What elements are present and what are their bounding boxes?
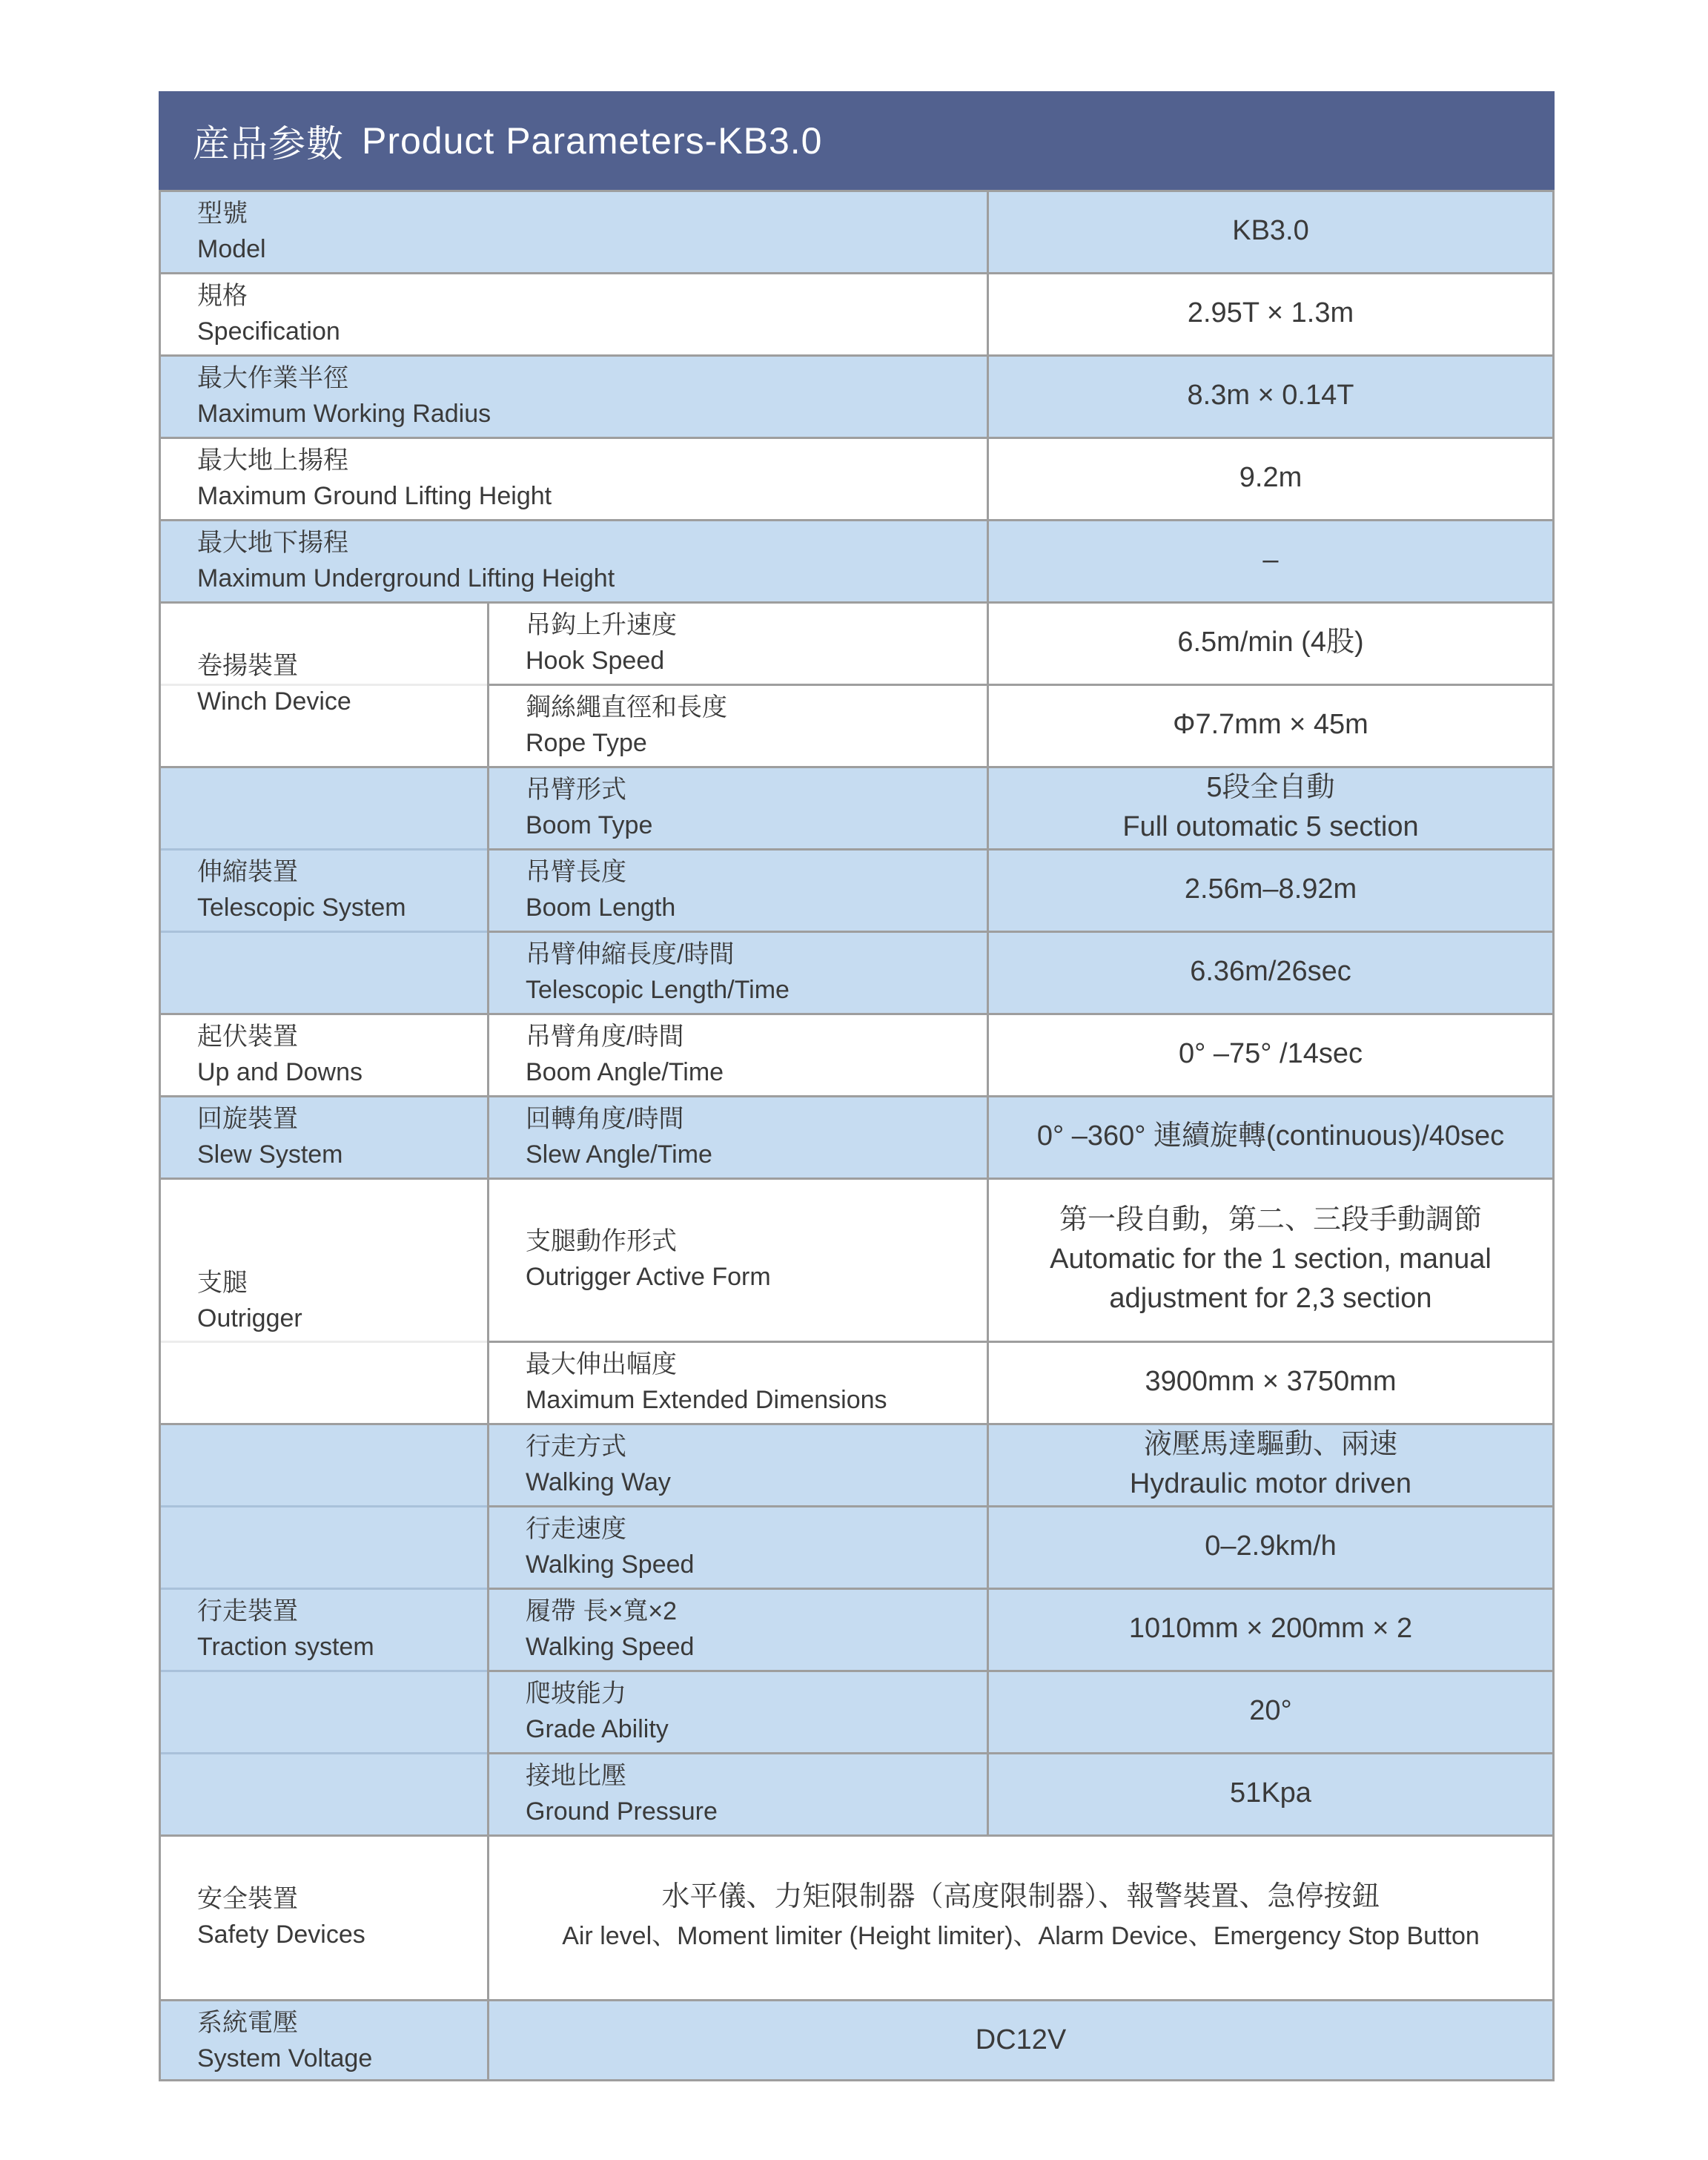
group-winch-device-label-zh: 卷揚裝置 <box>197 648 298 684</box>
row-ground-pressure-value-text: 51Kpa <box>1230 1774 1311 1813</box>
row-divider-faint <box>159 1505 487 1507</box>
row-safety-devices-value-zh: 水平儀、力矩限制器（高度限制器）、報警裝置、急停按鈕 <box>661 1877 1380 1917</box>
group-winch-device-label-en: Winch Device <box>197 684 351 719</box>
row-model-value-text: KB3.0 <box>1232 211 1309 251</box>
row-max-extended-dimensions-value-text: 3900mm × 3750mm <box>1145 1362 1397 1401</box>
group-slew-system-label: 回旋裝置 Slew System <box>159 1095 487 1178</box>
row-walking-way-value-en: Hydraulic motor driven <box>1130 1464 1411 1504</box>
row-boom-length-value: 2.56m–8.92m <box>987 848 1555 931</box>
row-grade-ability-label: 爬坡能力 Grade Ability <box>487 1670 987 1752</box>
row-walking-way-value: 液壓馬達驅動、兩速 Hydraulic motor driven <box>987 1423 1555 1505</box>
group-slew-system-label-en: Slew System <box>197 1137 343 1172</box>
row-specification-label-zh: 規格 <box>197 278 248 314</box>
row-slew-angle-time-value-text: 0° –360° 連續旋轉(continuous)/40sec <box>1037 1117 1504 1156</box>
product-parameters-table: 型號 Model KB3.0 規格 Specification 2.95T × … <box>159 190 1555 2081</box>
row-boom-angle-time-value: 0° –75° /14sec <box>987 1013 1555 1095</box>
row-divider-faint <box>159 931 487 933</box>
row-boom-type-value-zh: 5段全自動 <box>1206 768 1334 807</box>
row-hook-speed-label: 吊鈎上升速度 Hook Speed <box>487 601 987 684</box>
group-up-and-downs-label-en: Up and Downs <box>197 1054 363 1090</box>
row-model-label-en: Model <box>197 231 266 267</box>
row-outrigger-active-form-label-zh: 支腿動作形式 <box>526 1223 677 1259</box>
row-boom-length-value-text: 2.56m–8.92m <box>1185 870 1357 909</box>
row-slew-angle-time-value: 0° –360° 連續旋轉(continuous)/40sec <box>987 1095 1555 1178</box>
row-boom-angle-time-value-text: 0° –75° /14sec <box>1179 1034 1363 1074</box>
row-max-ground-lifting-height-label: 最大地上揚程 Maximum Ground Lifting Height <box>159 437 987 519</box>
row-max-working-radius-label: 最大作業半徑 Maximum Working Radius <box>159 354 987 437</box>
row-max-working-radius-value: 8.3m × 0.14T <box>987 354 1555 437</box>
row-safety-devices-label-zh: 安全裝置 <box>197 1881 298 1917</box>
row-model-label-zh: 型號 <box>197 196 248 231</box>
row-telescopic-length-time-label-zh: 吊臂伸縮長度/時間 <box>526 937 734 972</box>
row-telescopic-length-time-label: 吊臂伸縮長度/時間 Telescopic Length/Time <box>487 931 987 1013</box>
row-ground-pressure-value: 51Kpa <box>987 1752 1555 1834</box>
row-safety-devices-label-en: Safety Devices <box>197 1917 365 1952</box>
row-ground-pressure-label-zh: 接地比壓 <box>526 1758 626 1794</box>
row-slew-angle-time-label-zh: 回轉角度/時間 <box>526 1101 683 1137</box>
row-track-dimensions-label-en: Walking Speed <box>526 1629 694 1665</box>
row-max-working-radius-value-text: 8.3m × 0.14T <box>1188 376 1354 415</box>
row-telescopic-length-time-label-en: Telescopic Length/Time <box>526 972 790 1008</box>
row-max-extended-dimensions-value: 3900mm × 3750mm <box>987 1341 1555 1423</box>
row-rope-type-label-en: Rope Type <box>526 725 647 761</box>
row-walking-way-label-zh: 行走方式 <box>526 1429 626 1464</box>
row-specification-value-text: 2.95T × 1.3m <box>1188 294 1354 333</box>
row-system-voltage-label-zh: 系統電壓 <box>197 2005 298 2041</box>
row-slew-angle-time-label: 回轉角度/時間 Slew Angle/Time <box>487 1095 987 1178</box>
row-walking-speed-label-en: Walking Speed <box>526 1547 694 1582</box>
row-boom-length-label: 吊臂長度 Boom Length <box>487 848 987 931</box>
row-max-underground-lifting-height-label: 最大地下揚程 Maximum Underground Lifting Heigh… <box>159 519 987 601</box>
row-hook-speed-label-en: Hook Speed <box>526 643 664 678</box>
row-max-underground-lifting-height-value: – <box>987 519 1555 601</box>
row-divider-faint <box>159 1752 487 1754</box>
row-boom-type-value: 5段全自動 Full outomatic 5 section <box>987 766 1555 848</box>
product-parameters-page: 産品参數 Product Parameters-KB3.0 型號 Model K… <box>0 0 1708 2160</box>
row-walking-speed-value: 0–2.9km/h <box>987 1505 1555 1588</box>
row-walking-speed-value-text: 0–2.9km/h <box>1205 1527 1336 1566</box>
group-telescopic-system-label-zh: 伸縮裝置 <box>197 854 298 890</box>
row-ground-pressure-label: 接地比壓 Ground Pressure <box>487 1752 987 1834</box>
row-boom-type-value-en: Full outomatic 5 section <box>1122 807 1418 847</box>
row-outrigger-active-form-value-zh: 第一段自動，第二、三段手動調節 <box>1059 1200 1482 1240</box>
table-title-zh: 産品参數 <box>193 114 344 168</box>
row-boom-length-label-en: Boom Length <box>526 890 675 925</box>
row-specification-label-en: Specification <box>197 314 340 349</box>
group-outrigger-label-zh: 支腿 <box>197 1265 248 1301</box>
group-traction-system-label: 行走裝置 Traction system <box>159 1423 487 1834</box>
row-outrigger-active-form-label-en: Outrigger Active Form <box>526 1259 771 1295</box>
row-outrigger-active-form-value: 第一段自動，第二、三段手動調節 Automatic for the 1 sect… <box>987 1178 1555 1341</box>
group-slew-system-label-zh: 回旋裝置 <box>197 1101 298 1137</box>
row-boom-type-label-zh: 吊臂形式 <box>526 772 626 807</box>
row-rope-type-value-text: Φ7.7mm × 45m <box>1173 705 1368 744</box>
row-max-working-radius-label-en: Maximum Working Radius <box>197 396 491 432</box>
row-system-voltage-label: 系統電壓 System Voltage <box>159 1999 487 2081</box>
row-hook-speed-value-text: 6.5m/min (4股) <box>1177 623 1363 662</box>
row-max-working-radius-label-zh: 最大作業半徑 <box>197 360 348 396</box>
row-rope-type-value: Φ7.7mm × 45m <box>987 684 1555 766</box>
row-grade-ability-label-zh: 爬坡能力 <box>526 1676 626 1711</box>
row-model-label: 型號 Model <box>159 190 987 272</box>
row-max-ground-lifting-height-value-text: 9.2m <box>1239 458 1302 498</box>
row-grade-ability-value: 20° <box>987 1670 1555 1752</box>
row-divider-faint <box>159 1588 487 1590</box>
row-max-ground-lifting-height-value: 9.2m <box>987 437 1555 519</box>
row-system-voltage-value: DC12V <box>487 1999 1555 2081</box>
row-grade-ability-label-en: Grade Ability <box>526 1711 669 1747</box>
row-max-underground-lifting-height-value-text: – <box>1262 541 1278 580</box>
row-max-underground-lifting-height-label-en: Maximum Underground Lifting Height <box>197 561 615 596</box>
row-divider-faint <box>159 848 487 851</box>
row-telescopic-length-time-value-text: 6.36m/26sec <box>1190 952 1351 991</box>
row-specification-value: 2.95T × 1.3m <box>987 272 1555 354</box>
row-boom-angle-time-label: 吊臂角度/時間 Boom Angle/Time <box>487 1013 987 1095</box>
row-outrigger-active-form-value-en: Automatic for the 1 section, manual adju… <box>1000 1240 1541 1318</box>
row-max-extended-dimensions-label-en: Maximum Extended Dimensions <box>526 1382 887 1418</box>
row-ground-pressure-label-en: Ground Pressure <box>526 1794 718 1829</box>
row-boom-angle-time-label-en: Boom Angle/Time <box>526 1054 724 1090</box>
row-system-voltage-label-en: System Voltage <box>197 2041 372 2076</box>
row-safety-devices-value: 水平儀、力矩限制器（高度限制器）、報警裝置、急停按鈕 Air level、Mom… <box>487 1834 1555 1999</box>
row-max-ground-lifting-height-label-en: Maximum Ground Lifting Height <box>197 478 552 514</box>
row-divider-faint <box>159 1341 487 1343</box>
row-model-value: KB3.0 <box>987 190 1555 272</box>
group-outrigger-label: 支腿 Outrigger <box>159 1178 487 1423</box>
row-track-dimensions-label: 履帶 長×寬×2 Walking Speed <box>487 1588 987 1670</box>
row-max-extended-dimensions-label: 最大伸出幅度 Maximum Extended Dimensions <box>487 1341 987 1423</box>
row-rope-type-label: 鋼絲繩直徑和長度 Rope Type <box>487 684 987 766</box>
group-telescopic-system-label-en: Telescopic System <box>197 890 406 925</box>
row-specification-label: 規格 Specification <box>159 272 987 354</box>
group-winch-device-label: 卷揚裝置 Winch Device <box>159 601 487 766</box>
row-boom-type-label: 吊臂形式 Boom Type <box>487 766 987 848</box>
table-header: 産品参數 Product Parameters-KB3.0 <box>159 91 1555 190</box>
row-safety-devices-value-en: Air level、Moment limiter (Height limiter… <box>562 1917 1480 1956</box>
row-max-extended-dimensions-label-zh: 最大伸出幅度 <box>526 1347 677 1382</box>
row-boom-type-label-en: Boom Type <box>526 807 652 843</box>
row-walking-speed-label: 行走速度 Walking Speed <box>487 1505 987 1588</box>
row-outrigger-active-form-label: 支腿動作形式 Outrigger Active Form <box>487 1178 987 1341</box>
row-max-ground-lifting-height-label-zh: 最大地上揚程 <box>197 443 348 478</box>
row-rope-type-label-zh: 鋼絲繩直徑和長度 <box>526 690 727 725</box>
row-walking-way-value-zh: 液壓馬達驅動、兩速 <box>1144 1425 1397 1464</box>
row-walking-way-label: 行走方式 Walking Way <box>487 1423 987 1505</box>
row-system-voltage-value-text: DC12V <box>976 2021 1067 2060</box>
group-telescopic-system-label: 伸縮裝置 Telescopic System <box>159 766 487 1013</box>
table-title-en: Product Parameters-KB3.0 <box>362 119 823 162</box>
row-hook-speed-value: 6.5m/min (4股) <box>987 601 1555 684</box>
row-telescopic-length-time-value: 6.36m/26sec <box>987 931 1555 1013</box>
row-walking-way-label-en: Walking Way <box>526 1464 671 1500</box>
row-boom-angle-time-label-zh: 吊臂角度/時間 <box>526 1019 683 1054</box>
row-boom-length-label-zh: 吊臂長度 <box>526 854 626 890</box>
row-divider-faint <box>159 1670 487 1672</box>
row-track-dimensions-label-zh: 履帶 長×寬×2 <box>526 1593 677 1629</box>
row-slew-angle-time-label-en: Slew Angle/Time <box>526 1137 712 1172</box>
row-track-dimensions-value: 1010mm × 200mm × 2 <box>987 1588 1555 1670</box>
row-hook-speed-label-zh: 吊鈎上升速度 <box>526 607 677 643</box>
group-up-and-downs-label: 起伏裝置 Up and Downs <box>159 1013 487 1095</box>
row-divider-faint <box>159 684 487 686</box>
row-safety-devices-label: 安全裝置 Safety Devices <box>159 1834 487 1999</box>
row-grade-ability-value-text: 20° <box>1249 1691 1291 1731</box>
row-max-underground-lifting-height-label-zh: 最大地下揚程 <box>197 525 348 561</box>
group-traction-system-label-en: Traction system <box>197 1629 374 1665</box>
row-walking-speed-label-zh: 行走速度 <box>526 1511 626 1547</box>
group-up-and-downs-label-zh: 起伏裝置 <box>197 1019 298 1054</box>
group-outrigger-label-en: Outrigger <box>197 1301 302 1336</box>
group-traction-system-label-zh: 行走裝置 <box>197 1593 298 1629</box>
row-track-dimensions-value-text: 1010mm × 200mm × 2 <box>1129 1609 1412 1648</box>
